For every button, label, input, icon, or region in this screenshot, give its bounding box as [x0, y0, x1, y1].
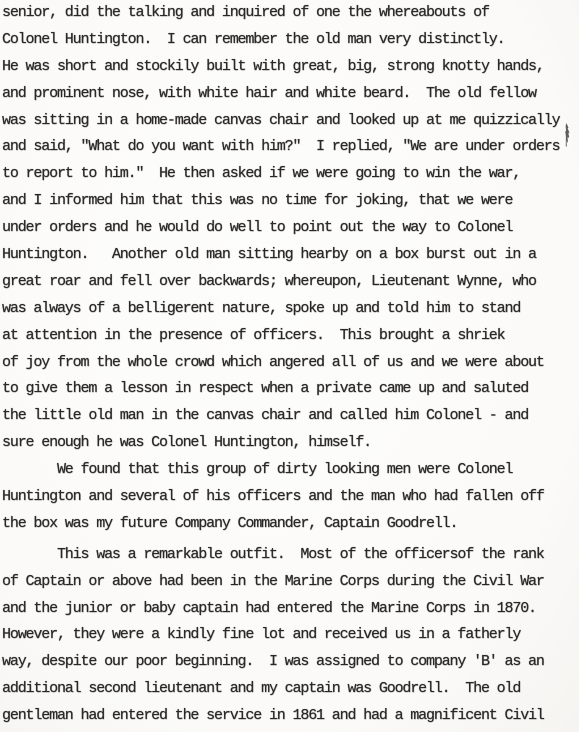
text-line: to report to him." He then asked if we w… [2, 161, 579, 188]
text-line: the little old man in the canvas chair a… [2, 403, 579, 430]
text-line: additional second lieutenant and my capt… [2, 676, 579, 703]
text-line: was always of a belligerent nature, spok… [2, 296, 579, 323]
text-line: He was short and stockily built with gre… [2, 54, 579, 81]
text-line: of Captain or above had been in the Mari… [2, 569, 579, 596]
text-line: Huntington and several of his officers a… [2, 484, 579, 511]
text-line: and said, "What do you want with him?" I… [2, 134, 579, 161]
text-line: and I informed him that this was no time… [2, 188, 579, 215]
text-line: sure enough he was Colonel Huntington, h… [2, 430, 579, 457]
text-line: way, despite our poor beginning. I was a… [2, 649, 579, 676]
text-line: We found that this group of dirty lookin… [2, 457, 579, 484]
text-line: was sitting in a home-made canvas chair … [2, 108, 579, 135]
text-line: gentleman had entered the service in 186… [2, 703, 579, 730]
text-line: senior, did the talking and inquired of … [2, 0, 579, 27]
text-line: at attention in the presence of officers… [2, 323, 579, 350]
text-line: great roar and fell over backwards; wher… [2, 269, 579, 296]
text-line: and prominent nose, with white hair and … [2, 81, 579, 108]
text-line: to give them a lesson in respect when a … [2, 376, 579, 403]
document-text: senior, did the talking and inquired of … [2, 0, 579, 730]
text-line: under orders and he would do well to poi… [2, 215, 579, 242]
text-line: the box was my future Company Commander,… [2, 511, 579, 538]
text-line: This was a remarkable outfit. Most of th… [2, 542, 579, 569]
ink-smudge-icon [562, 122, 572, 148]
text-line: Colonel Huntington. I can remember the o… [2, 27, 579, 54]
text-line: Huntington. Another old man sitting hear… [2, 242, 579, 269]
text-line: However, they were a kindly fine lot and… [2, 622, 579, 649]
text-line: and the junior or baby captain had enter… [2, 596, 579, 623]
manuscript-page: senior, did the talking and inquired of … [0, 0, 579, 732]
text-line: of joy from the whole crowd which angere… [2, 350, 579, 377]
